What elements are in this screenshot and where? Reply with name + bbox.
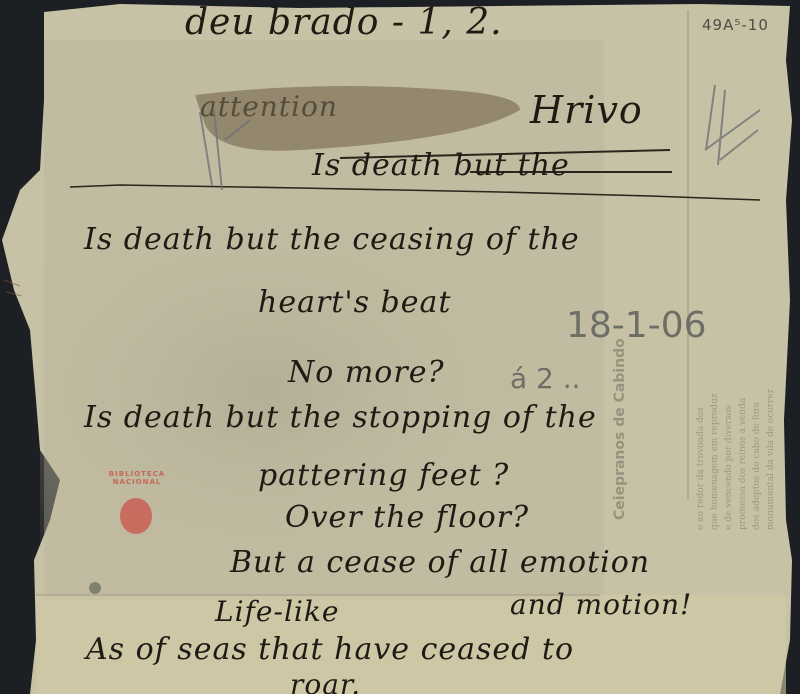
stamp-seal-icon (120, 498, 152, 534)
stamp-text: BIBLIOTECA NACIONAL (92, 470, 182, 486)
poem-line-5: pattering feet ? (258, 458, 509, 493)
newspaper-line: monumental da vila de ocorrer (766, 10, 778, 530)
header-word-right: Hrivo (530, 88, 643, 132)
poem-line-9: and motion! (510, 588, 692, 621)
crossed-word: attention (200, 90, 338, 123)
poem-line-10: As of seas that have ceased to (86, 632, 574, 667)
poem-line-3: No more? (288, 355, 445, 390)
pencil-date: 18-1-06 (566, 305, 707, 346)
poem-line-6: Over the floor? (285, 500, 529, 535)
poem-line-8: Life-like (215, 595, 339, 628)
underlined-line: Is death but the (312, 148, 570, 183)
manuscript-page: Ceiepranos de Cabindo e ao redor da trov… (0, 0, 800, 694)
header-note: deu brado - 1, 2. (185, 2, 503, 43)
newspaper-line: promessa dos reinos a venda (738, 10, 750, 530)
poem-line-1: Is death but the ceasing of the (84, 222, 580, 257)
catalog-number: 49A⁵-10 (702, 16, 769, 34)
newspaper-line: e ao redor da trovoada dos (696, 10, 708, 530)
poem-line-4: Is death but the stopping of the (84, 400, 597, 435)
pencil-time: á 2 .. (510, 362, 581, 395)
library-stamp: BIBLIOTECA NACIONAL (92, 470, 182, 540)
poem-line-7: But a cease of all emotion (230, 545, 650, 580)
poem-line-11: roar. (290, 668, 361, 694)
newspaper-line: que homenagem em reproduz (710, 10, 722, 530)
poem-line-2: heart's beat (258, 285, 451, 320)
newspaper-line: e de vencendo por diversos (724, 10, 736, 530)
newspaper-line: dos adeptos de cabo de fora (752, 10, 764, 530)
